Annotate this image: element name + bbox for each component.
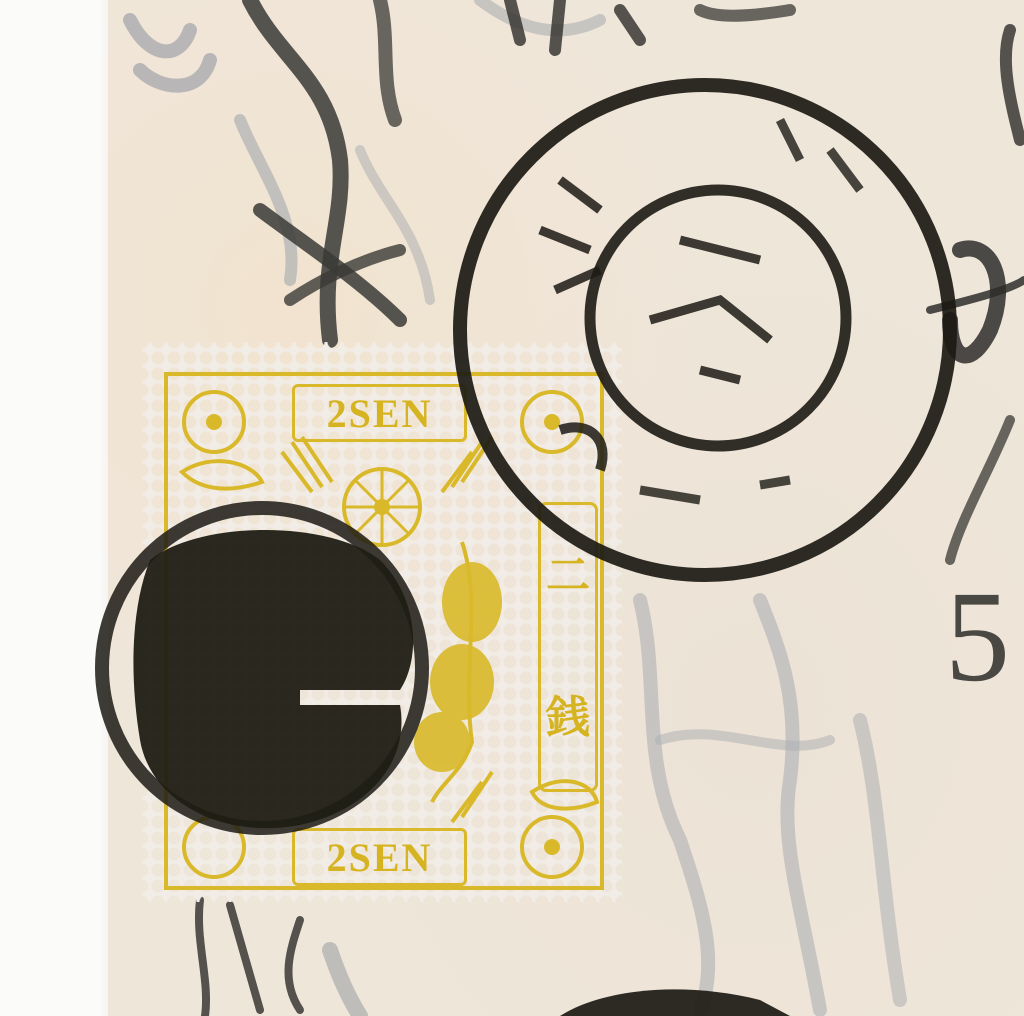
obliterator-cancel — [102, 508, 422, 828]
circular-date-stamp — [460, 85, 950, 575]
partial-postmark — [560, 989, 790, 1016]
cancellations — [0, 0, 1024, 1016]
